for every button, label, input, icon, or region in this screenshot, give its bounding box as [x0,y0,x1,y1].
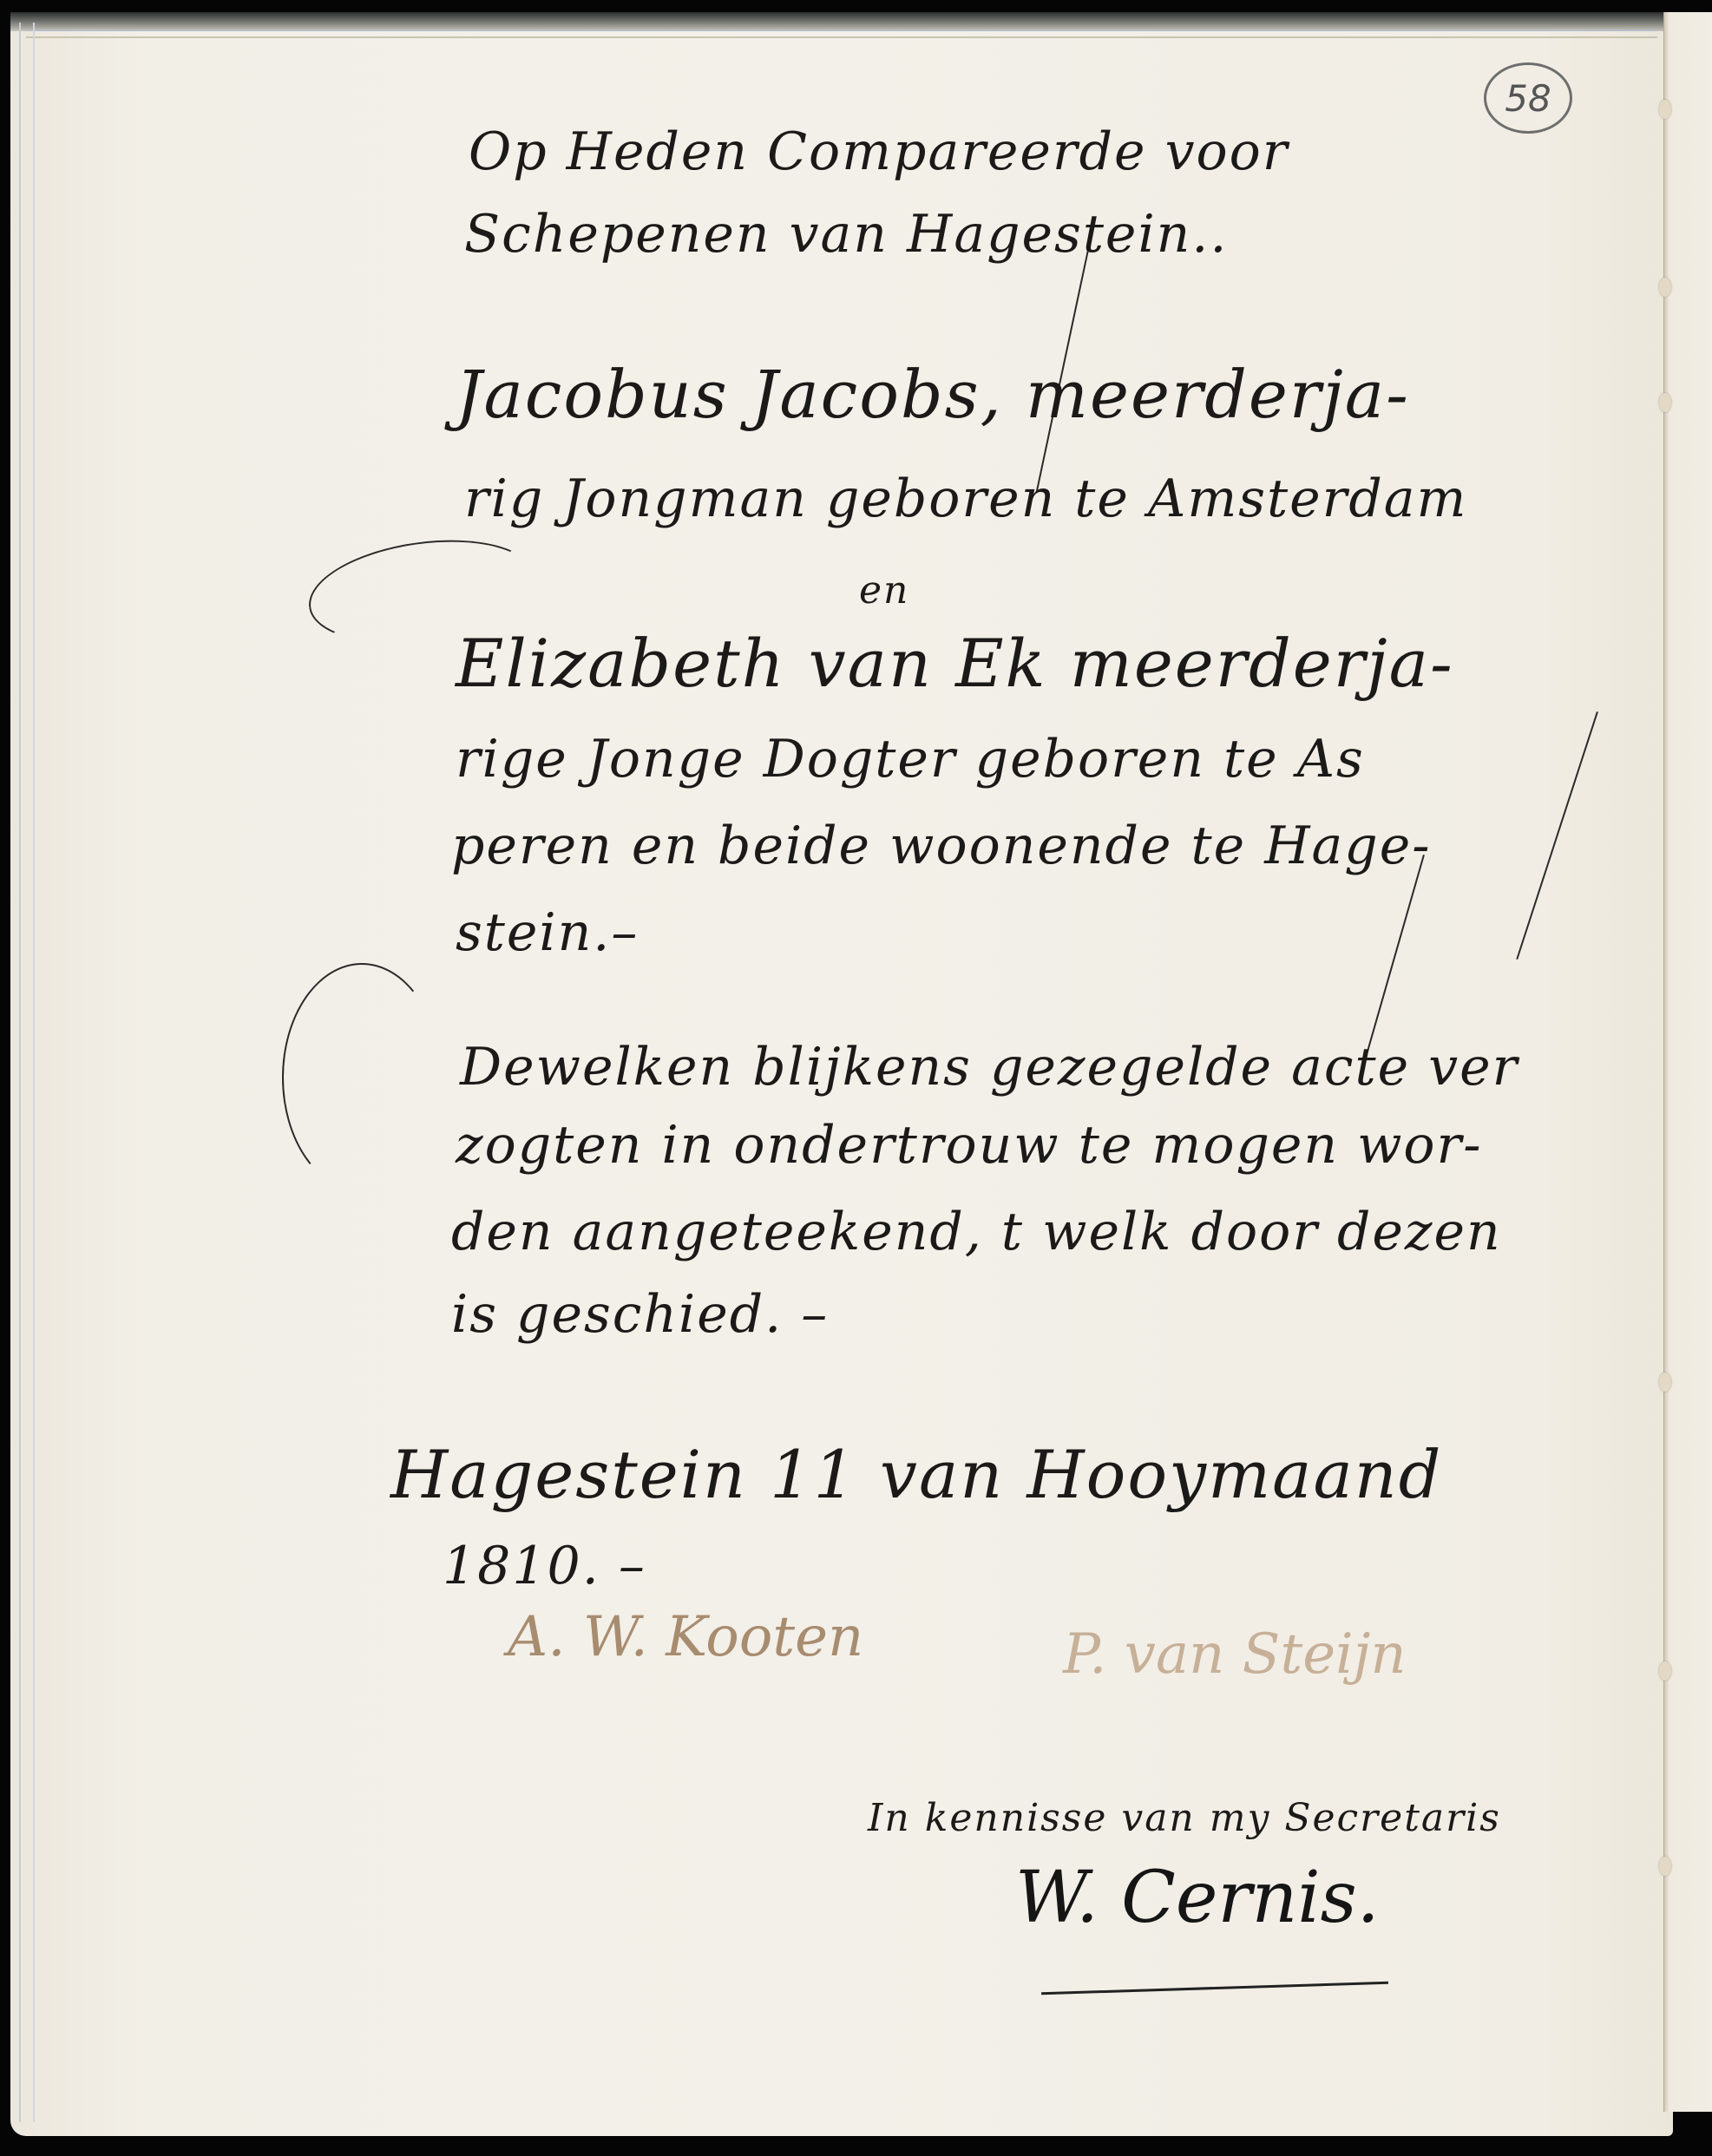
page-number-circled: 58 [1484,62,1572,134]
binding-stitch-hole [1659,1661,1671,1681]
top-ruled-line [26,29,1657,38]
binding-gutter [1663,12,1712,2112]
binding-stitch-hole [1659,1373,1671,1392]
text-line: rige Jonge Dogter geboren te As [456,729,1365,790]
binding-stitch-hole [1659,100,1671,119]
text-line: peren en beide woonende te Hage- [451,816,1432,876]
text-line-year: 1810. – [443,1536,646,1596]
binding-stitch-hole [1659,393,1671,412]
left-margin-lines [19,23,35,2122]
secretary-attestation: In kennisse van my Secretaris [868,1796,1501,1840]
signature-secretary: W. Cernis. [1015,1857,1380,1939]
signature-witness-1: A. W. Kooten [508,1605,863,1669]
text-line: den aangeteekend, t welk door dezen [451,1202,1502,1262]
flourish-stroke [282,963,442,1192]
text-line: Dewelken blijkens gezegelde acte ver [460,1037,1518,1098]
binding-stitch-hole [1659,278,1671,297]
signature-witness-2: P. van Steijn [1063,1622,1407,1687]
text-line: Elizabeth van Ek meerderja- [456,625,1454,702]
text-line: rig Jongman geboren te Amsterdam [464,469,1467,529]
page-top-edge [10,12,1673,31]
binding-stitch-hole [1659,1857,1671,1876]
text-line-date-place: Hagestein 11 van Hooymaand [390,1436,1442,1513]
text-line: Op Heden Compareerde voor [469,121,1289,182]
text-line: Jacobus Jacobs, meerderja- [456,356,1410,433]
text-line: stein.– [456,902,639,963]
text-line: is geschied. – [451,1284,829,1345]
text-line: en [859,568,909,613]
text-line: zogten in ondertrouw te mogen wor- [456,1115,1483,1176]
text-line: Schepenen van Hagestein.. [464,204,1228,265]
